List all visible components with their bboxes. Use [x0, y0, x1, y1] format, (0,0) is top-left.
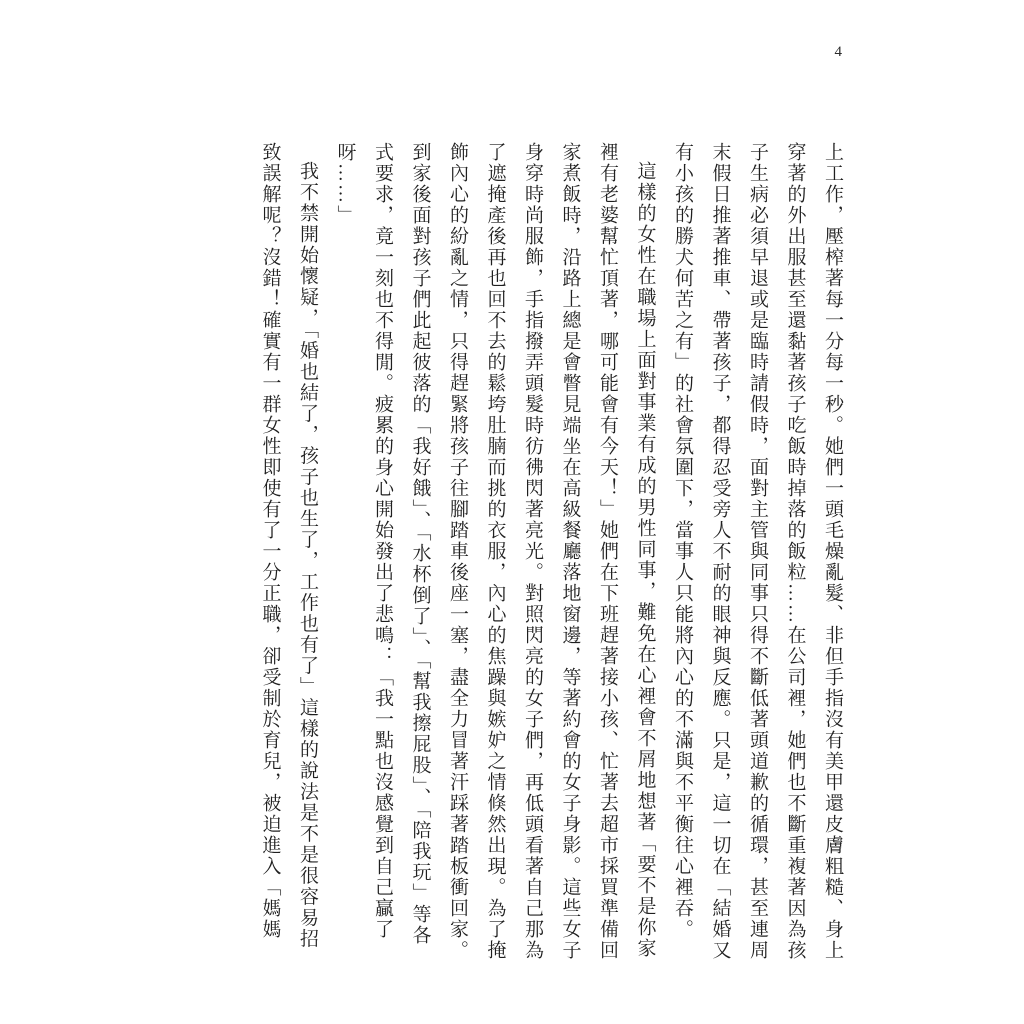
paragraph: 我不禁開始懷疑，「婚也結了，孩子也生了，工作也有了」這樣的說法是不是很容易招致誤… [251, 142, 326, 964]
paragraph: 這樣的女性在職場上面對事業有成的男性同事，難免在心裡會不屑地想著「要不是你家裡有… [326, 142, 664, 964]
page-number: 4 [835, 44, 843, 61]
paragraph: 上工作，壓榨著每一分每一秒。她們一頭毛燥亂髮、非但手指沒有美甲還皮膚粗糙、身上穿… [664, 142, 852, 964]
book-page: 4 上工作，壓榨著每一分每一秒。她們一頭毛燥亂髮、非但手指沒有美甲還皮膚粗糙、身… [0, 0, 1024, 1024]
text-block: 上工作，壓榨著每一分每一秒。她們一頭毛燥亂髮、非但手指沒有美甲還皮膚粗糙、身上穿… [251, 142, 851, 964]
